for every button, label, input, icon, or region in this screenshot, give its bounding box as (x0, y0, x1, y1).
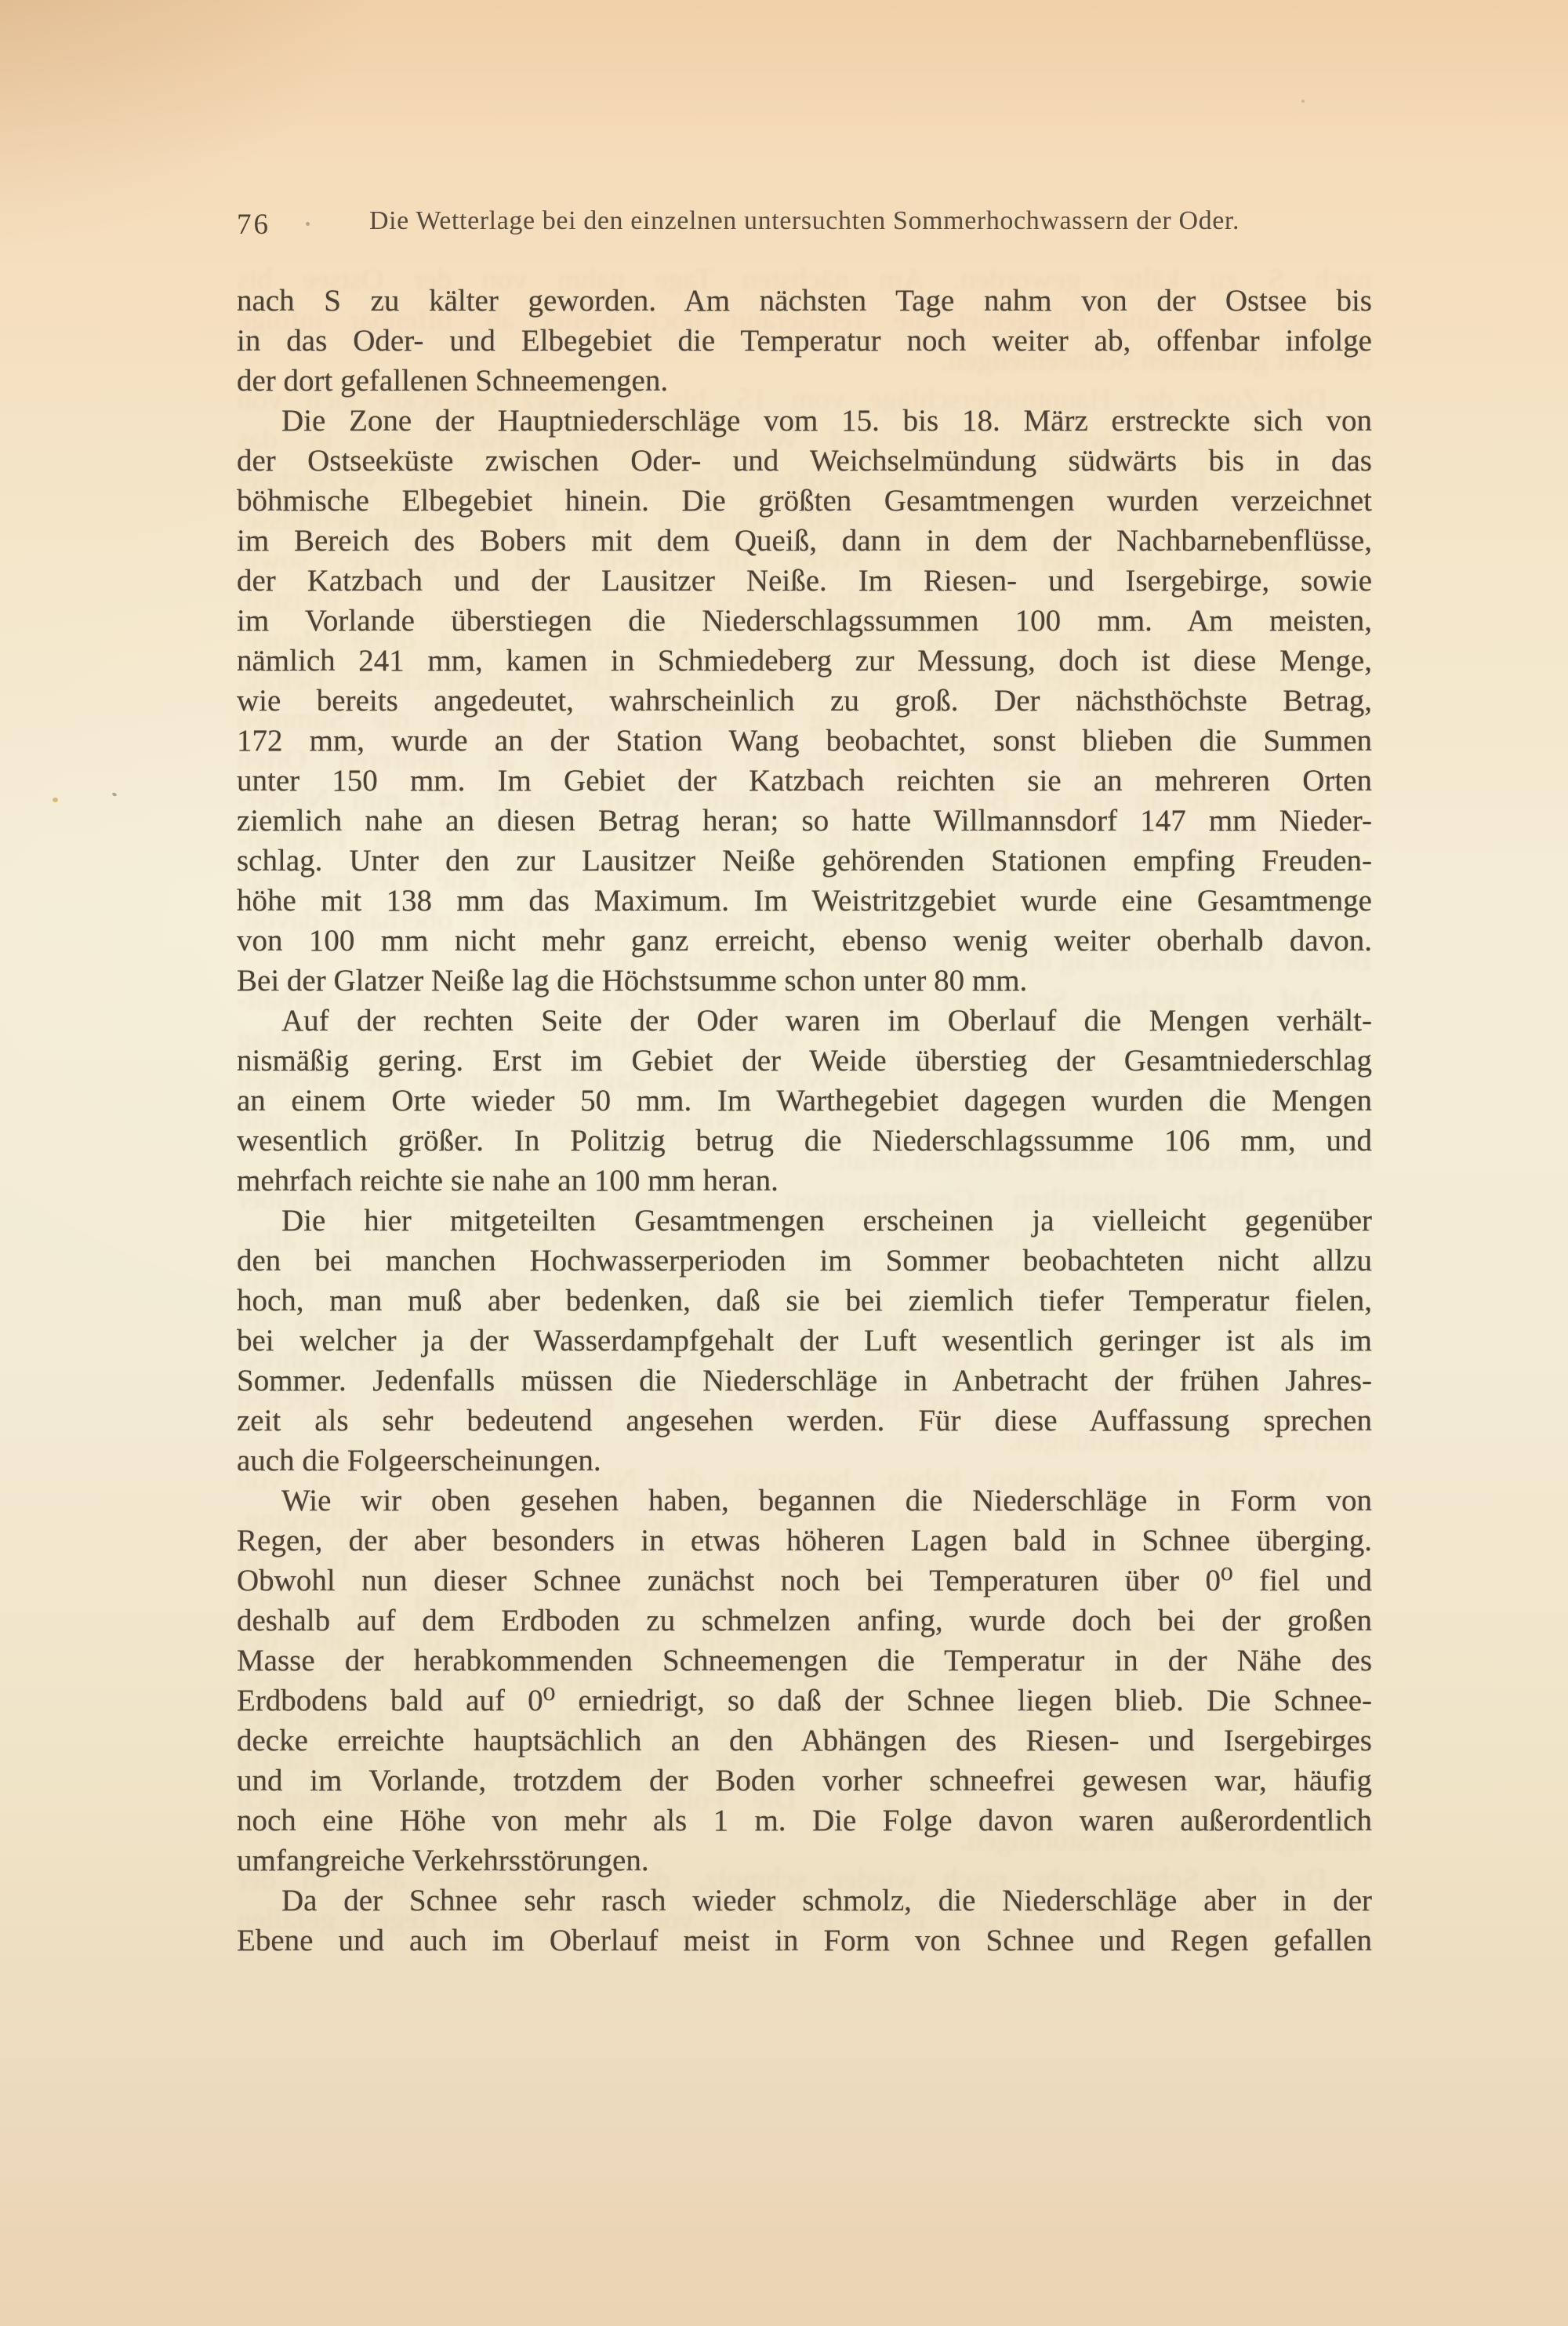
text-line: der dort gefallenen Schneemengen. (237, 361, 1372, 401)
text-line: wie bereits angedeutet, wahrscheinlich z… (237, 681, 1372, 721)
text-line: Erdbodens bald auf 0⁰ erniedrigt, so daß… (237, 1681, 1372, 1721)
text-line: hoch, man muß aber bedenken, daß sie bei… (237, 1281, 1372, 1321)
text-line: nismäßig gering. Erst im Gebiet der Weid… (237, 1041, 1372, 1081)
text-line: Masse der herabkommenden Schneemengen di… (237, 1641, 1372, 1681)
text-line: Bei der Glatzer Neiße lag die Höchstsumm… (237, 961, 1372, 1001)
text-line: den bei manchen Hochwasserperioden im So… (237, 1241, 1372, 1281)
running-head: 76 Die Wetterlage bei den einzelnen unte… (237, 206, 1372, 242)
text-line: nach S zu kälter geworden. Am nächsten T… (237, 281, 1372, 321)
text-line: schlag. Unter den zur Lausitzer Neiße ge… (237, 841, 1372, 881)
text-line: im Vorlande überstiegen die Niederschlag… (237, 601, 1372, 641)
text-line: zeit als sehr bedeutend angesehen werden… (237, 1401, 1372, 1441)
text-line: an einem Orte wieder 50 mm. Im Warthegeb… (237, 1081, 1372, 1121)
text-line: 172 mm, wurde an der Station Wang beobac… (237, 721, 1372, 761)
text-line: Regen, der aber besonders in etwas höher… (237, 1521, 1372, 1561)
paper-speck (111, 792, 117, 797)
running-title: Die Wetterlage bei den einzelnen untersu… (237, 206, 1372, 236)
text-line: Die hier mitgeteilten Gesamtmengen ersch… (237, 1201, 1372, 1241)
paper-speck (306, 222, 310, 226)
text-line: Wie wir oben gesehen haben, begannen die… (237, 1481, 1372, 1521)
text-line: in das Oder- und Elbegebiet die Temperat… (237, 321, 1372, 361)
text-line: böhmische Elbegebiet hinein. Die größten… (237, 481, 1372, 521)
text-line: der Ostseeküste zwischen Oder- und Weich… (237, 441, 1372, 481)
text-line: Da der Schnee sehr rasch wieder schmolz,… (237, 1881, 1372, 1921)
paper-speck (670, 1813, 673, 1816)
text-line: noch eine Höhe von mehr als 1 m. Die Fol… (237, 1801, 1372, 1841)
text-line: wesentlich größer. In Politzig betrug di… (237, 1121, 1372, 1161)
paper-speck (53, 798, 58, 802)
text-line: deshalb auf dem Erdboden zu schmelzen an… (237, 1601, 1372, 1641)
text-line: unter 150 mm. Im Gebiet der Katzbach rei… (237, 761, 1372, 801)
body-text: nach S zu kälter geworden. Am nächsten T… (237, 281, 1372, 1961)
book-page: 76 Die Wetterlage bei den einzelnen unte… (0, 0, 1568, 2326)
text-line: Ebene und auch im Oberlauf meist in Form… (237, 1921, 1372, 1961)
text-line: höhe mit 138 mm das Maximum. Im Weistrit… (237, 881, 1372, 921)
text-line: Auf der rechten Seite der Oder waren im … (237, 1001, 1372, 1041)
text-line: umfangreiche Verkehrsstörungen. (237, 1841, 1372, 1881)
text-line: der Katzbach und der Lausitzer Neiße. Im… (237, 561, 1372, 601)
text-line: von 100 mm nicht mehr ganz erreicht, ebe… (237, 921, 1372, 961)
page-number: 76 (237, 208, 270, 242)
text-line: ziemlich nahe an diesen Betrag heran; so… (237, 801, 1372, 841)
text-line: Sommer. Jedenfalls müssen die Niederschl… (237, 1361, 1372, 1401)
text-line: Die Zone der Hauptniederschläge vom 15. … (237, 401, 1372, 441)
paper-speck (1301, 100, 1305, 103)
text-line: und im Vorlande, trotzdem der Boden vorh… (237, 1761, 1372, 1801)
text-line: decke erreichte hauptsächlich an den Abh… (237, 1721, 1372, 1761)
text-line: im Bereich des Bobers mit dem Queiß, dan… (237, 521, 1372, 561)
text-line: Obwohl nun dieser Schnee zunächst noch b… (237, 1561, 1372, 1601)
text-line: auch die Folgeerscheinungen. (237, 1441, 1372, 1481)
text-line: nämlich 241 mm, kamen in Schmiedeberg zu… (237, 641, 1372, 681)
text-line: bei welcher ja der Wasserdampfgehalt der… (237, 1321, 1372, 1361)
text-line: mehrfach reichte sie nahe an 100 mm hera… (237, 1161, 1372, 1201)
